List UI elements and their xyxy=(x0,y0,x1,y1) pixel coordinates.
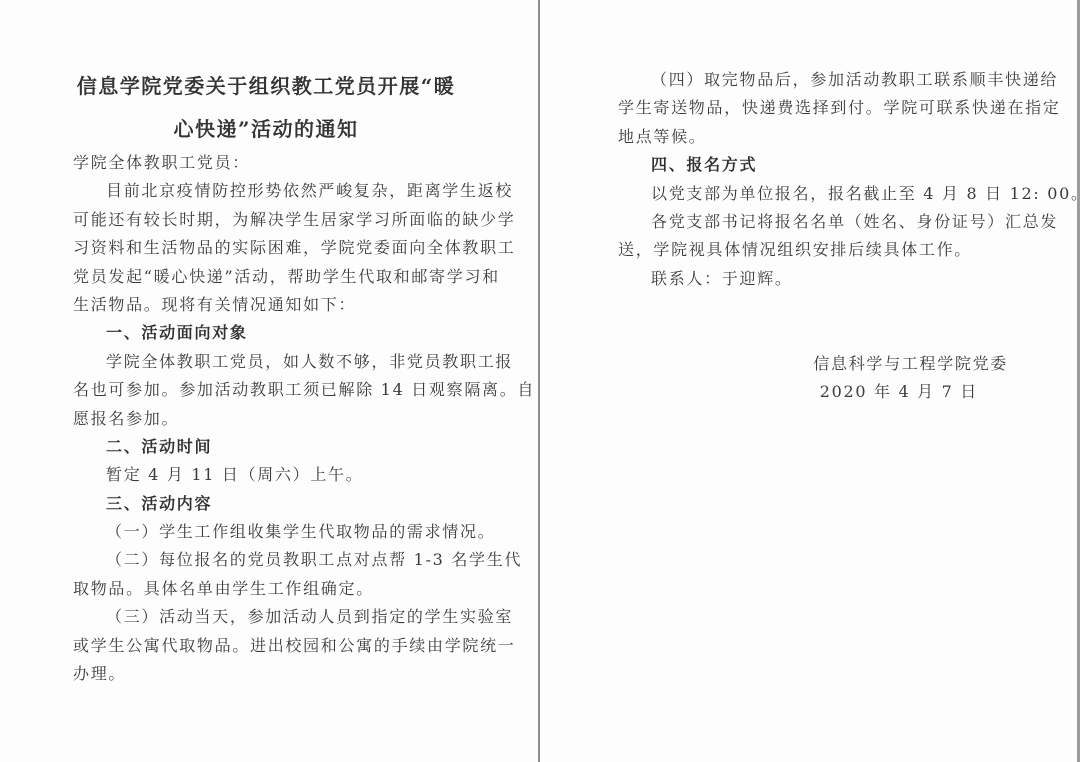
text-line: 四、报名方式 xyxy=(618,151,1018,179)
document-page-2: （四）取完物品后，参加活动教职工联系顺丰快递给学生寄送物品，快递费选择到付。学院… xyxy=(540,0,1077,762)
text-line: 学院全体教职工党员： xyxy=(73,149,473,177)
text-line: 联系人：于迎辉。 xyxy=(618,265,1018,293)
text-line: 愿报名参加。 xyxy=(73,405,473,433)
text-line: 目前北京疫情防控形势依然严峻复杂，距离学生返校 xyxy=(73,177,473,205)
text-line: 地点等候。 xyxy=(618,123,1018,151)
text-line xyxy=(618,322,1018,350)
text-line: 三、活动内容 xyxy=(73,490,473,518)
text-line: 信息科学与工程学院党委 xyxy=(618,350,1018,378)
text-line: 习资料和生活物品的实际困难，学院党委面向全体教职工 xyxy=(73,234,473,262)
text-line: 名也可参加。参加活动教职工须已解除 14 日观察隔离。自 xyxy=(73,376,473,404)
text-line: 暂定 4 月 11 日（周六）上午。 xyxy=(73,461,473,489)
page-1-text-block: 学院全体教职工党员：目前北京疫情防控形势依然严峻复杂，距离学生返校可能还有较长时… xyxy=(73,149,473,688)
text-line: 二、活动时间 xyxy=(73,433,473,461)
text-line xyxy=(618,293,1018,321)
text-line: 可能还有较长时期，为解决学生居家学习所面临的缺少学 xyxy=(73,206,473,234)
document-viewer: 信息学院党委关于组织教工党员开展“暖 心快递”活动的通知 学院全体教职工党员：目… xyxy=(0,0,1080,762)
text-line: 办理。 xyxy=(73,660,473,688)
document-page-1: 信息学院党委关于组织教工党员开展“暖 心快递”活动的通知 学院全体教职工党员：目… xyxy=(0,0,538,762)
page-2-text-block: （四）取完物品后，参加活动教职工联系顺丰快递给学生寄送物品，快递费选择到付。学院… xyxy=(618,66,1018,407)
text-line: （一）学生工作组收集学生代取物品的需求情况。 xyxy=(73,518,473,546)
text-line: 以党支部为单位报名，报名截止至 4 月 8 日 12: 00。 xyxy=(618,180,1018,208)
text-line: 生活物品。现将有关情况通知如下： xyxy=(73,291,473,319)
document-title-line-1: 信息学院党委关于组织教工党员开展“暖 xyxy=(73,65,459,108)
text-line: 取物品。具体名单由学生工作组确定。 xyxy=(73,575,473,603)
text-line: 各党支部书记将报名名单（姓名、身份证号）汇总发 xyxy=(618,208,1018,236)
text-line: （四）取完物品后，参加活动教职工联系顺丰快递给 xyxy=(618,66,1018,94)
document-title: 信息学院党委关于组织教工党员开展“暖 心快递”活动的通知 xyxy=(73,65,459,151)
text-line: （三）活动当天，参加活动人员到指定的学生实验室 xyxy=(73,603,473,631)
text-line: 学院全体教职工党员，如人数不够，非党员教职工报 xyxy=(73,348,473,376)
text-line: 一、活动面向对象 xyxy=(73,319,473,347)
text-line: 或学生公寓代取物品。进出校园和公寓的手续由学院统一 xyxy=(73,632,473,660)
text-line: 送，学院视具体情况组织安排后续具体工作。 xyxy=(618,236,1018,264)
text-line: 2020 年 4 月 7 日 xyxy=(618,378,1018,406)
text-line: 党员发起“暖心快递”活动，帮助学生代取和邮寄学习和 xyxy=(73,263,473,291)
text-line: （二）每位报名的党员教职工点对点帮 1-3 名学生代 xyxy=(73,546,473,574)
document-title-line-2: 心快递”活动的通知 xyxy=(73,108,459,151)
text-line: 学生寄送物品，快递费选择到付。学院可联系快递在指定 xyxy=(618,94,1018,122)
